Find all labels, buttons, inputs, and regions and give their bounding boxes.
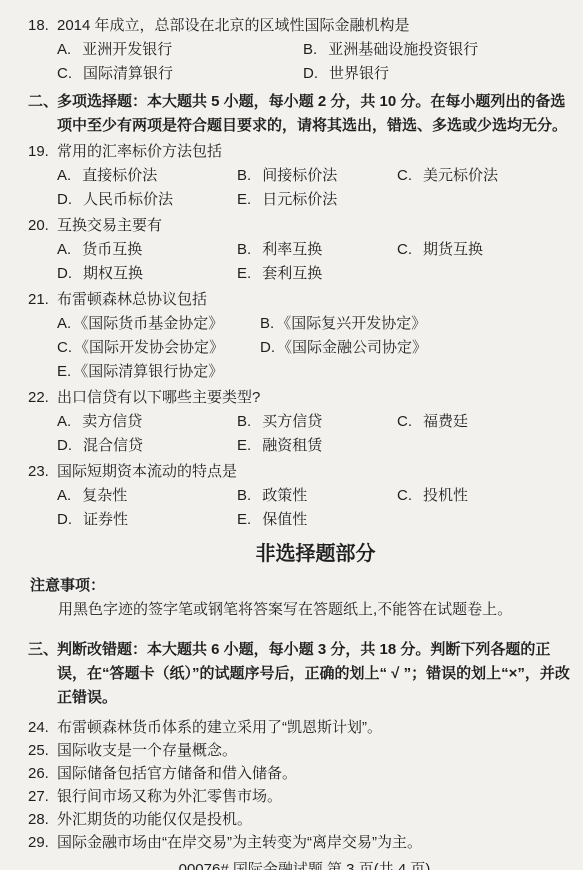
option-21-d: D.《国际金融公司协定》 [260, 336, 573, 360]
option-23-e-text: 保值性 [262, 511, 307, 528]
notice-body: 用黑色字迹的签字笔或钢笔将答案写在答题纸上,不能答在试题卷上。 [0, 598, 583, 622]
option-20-c-text: 期货互换 [423, 241, 483, 258]
option-22-d-label: D. [57, 437, 72, 454]
option-21-a: A.《国际货币基金协定》 [57, 312, 260, 336]
question-22-options-row-1: A.卖方信贷 B.买方信贷 C.福费廷 [0, 410, 583, 434]
question-20-options-row-1: A.货币互换 B.利率互换 C.期货互换 [0, 238, 583, 262]
notice-block: 注意事项： 用黑色字迹的签字笔或钢笔将答案写在答题纸上,不能答在试题卷上。 [0, 574, 583, 622]
option-23-e: E.保值性 [237, 508, 397, 532]
question-20-stem: 互换交易主要有 [57, 217, 162, 234]
page-footer: 00076# 国际金融试题 第 3 页(共 4 页) [0, 862, 583, 870]
option-22-c-text: 福费廷 [423, 413, 468, 430]
option-22-a: A.卖方信贷 [57, 410, 237, 434]
nonchoice-section-heading: 非选择题部分 [0, 540, 583, 568]
option-18-a-text: 亚洲开发银行 [82, 41, 172, 58]
option-18-a: A.亚洲开发银行 [57, 38, 303, 62]
option-19-d-text: 人民币标价法 [83, 191, 173, 208]
option-19-d-label: D. [57, 191, 72, 208]
option-22-e: E.融资租赁 [237, 434, 397, 458]
question-27-number: 27. [28, 785, 49, 808]
option-23-d-label: D. [57, 511, 72, 528]
question-24-text: 布雷顿森林货币体系的建立采用了“凯恩斯计划”。 [57, 719, 382, 736]
option-23-a-label: A. [57, 487, 71, 504]
section-3-heading-line: 三、 判断改错题：本大题共 6 小题，每小题 3 分，共 18 分。判断下列各题… [0, 638, 583, 710]
question-25-text: 国际收支是一个存量概念。 [57, 742, 237, 759]
section-2-label: 二、 [28, 90, 58, 114]
question-19-options-row-1: A.直接标价法 B.间接标价法 C.美元标价法 [0, 164, 583, 188]
option-18-b-text: 亚洲基础设施投资银行 [328, 41, 478, 58]
option-20-a-label: A. [57, 241, 71, 258]
option-18-b: B.亚洲基础设施投资银行 [303, 38, 573, 62]
option-19-a-label: A. [57, 167, 71, 184]
question-23-number: 23. [28, 460, 49, 484]
question-20: 20. 互换交易主要有 A.货币互换 B.利率互换 C.期货互换 D.期权互换 … [0, 214, 583, 286]
question-19: 19. 常用的汇率标价方法包括 A.直接标价法 B.间接标价法 C.美元标价法 … [0, 140, 583, 212]
question-22-options-row-2: D.混合信贷 E.融资租赁 [0, 434, 583, 458]
question-24-number: 24. [28, 716, 49, 739]
option-19-c-label: C. [397, 167, 412, 184]
option-18-b-label: B. [303, 41, 317, 58]
question-18-number: 18. [28, 14, 49, 38]
question-19-options-row-2: D.人民币标价法 E.日元标价法 [0, 188, 583, 212]
option-23-b-text: 政策性 [262, 487, 307, 504]
option-19-e: E.日元标价法 [237, 188, 397, 212]
option-22-b-label: B. [237, 413, 251, 430]
question-19-number: 19. [28, 140, 49, 164]
option-20-e-text: 套利互换 [262, 265, 322, 282]
question-23-options-row-1: A.复杂性 B.政策性 C.投机性 [0, 484, 583, 508]
question-23-options-row-2: D.证券性 E.保值性 [0, 508, 583, 532]
option-23-c: C.投机性 [397, 484, 573, 508]
question-20-options-row-2: D.期权互换 E.套利互换 [0, 262, 583, 286]
option-21-a-label: A. [57, 315, 71, 332]
option-22-c-label: C. [397, 413, 412, 430]
question-22-stem: 出口信贷有以下哪些主要类型? [57, 389, 260, 406]
option-18-d-text: 世界银行 [329, 65, 389, 82]
option-20-a-text: 货币互换 [82, 241, 142, 258]
question-18-options-row-1: A.亚洲开发银行 B.亚洲基础设施投资银行 [0, 38, 583, 62]
option-18-d-label: D. [303, 65, 318, 82]
question-24: 24. 布雷顿森林货币体系的建立采用了“凯恩斯计划”。 [0, 716, 583, 739]
option-22-e-text: 融资租赁 [262, 437, 322, 454]
question-21-options-row-2: C.《国际开发协会协定》 D.《国际金融公司协定》 [0, 336, 583, 360]
option-21-d-label: D. [260, 339, 275, 356]
option-21-b-label: B. [260, 315, 274, 332]
question-18-stem: 2014 年成立，总部设在北京的区域性国际金融机构是 [57, 17, 410, 34]
option-22-b-text: 买方信贷 [262, 413, 322, 430]
notice-title: 注意事项： [0, 574, 583, 598]
question-21: 21. 布雷顿森林总协议包括 A.《国际货币基金协定》 B.《国际复兴开发协定》… [0, 288, 583, 384]
option-20-b: B.利率互换 [237, 238, 397, 262]
question-23-stem-line: 23. 国际短期资本流动的特点是 [0, 460, 583, 484]
section-3-text: 判断改错题：本大题共 6 小题，每小题 3 分，共 18 分。判断下列各题的正误… [57, 641, 570, 706]
question-29-text: 国际金融市场由“在岸交易”为主转变为“离岸交易”为主。 [57, 834, 422, 851]
option-19-b-label: B. [237, 167, 251, 184]
option-23-b: B.政策性 [237, 484, 397, 508]
option-19-b-text: 间接标价法 [262, 167, 337, 184]
question-22: 22. 出口信贷有以下哪些主要类型? A.卖方信贷 B.买方信贷 C.福费廷 D… [0, 386, 583, 458]
option-22-d-text: 混合信贷 [83, 437, 143, 454]
option-18-d: D.世界银行 [303, 62, 573, 86]
question-21-options-row-3: E.《国际清算银行协定》 [0, 360, 583, 384]
option-20-d-text: 期权互换 [83, 265, 143, 282]
question-26: 26. 国际储备包括官方储备和借入储备。 [0, 762, 583, 785]
option-23-a-text: 复杂性 [82, 487, 127, 504]
option-22-d: D.混合信贷 [57, 434, 237, 458]
option-23-c-label: C. [397, 487, 412, 504]
option-18-c-text: 国际清算银行 [83, 65, 173, 82]
question-19-stem: 常用的汇率标价方法包括 [57, 143, 222, 160]
option-22-a-label: A. [57, 413, 71, 430]
question-29: 29. 国际金融市场由“在岸交易”为主转变为“离岸交易”为主。 [0, 831, 583, 854]
option-20-b-text: 利率互换 [262, 241, 322, 258]
option-18-c: C.国际清算银行 [57, 62, 303, 86]
option-19-d: D.人民币标价法 [57, 188, 237, 212]
question-28-number: 28. [28, 808, 49, 831]
option-19-a-text: 直接标价法 [82, 167, 157, 184]
question-21-options-row-1: A.《国际货币基金协定》 B.《国际复兴开发协定》 [0, 312, 583, 336]
option-18-a-label: A. [57, 41, 71, 58]
exam-paper-page: 18. 2014 年成立，总部设在北京的区域性国际金融机构是 A.亚洲开发银行 … [0, 0, 583, 870]
option-21-e-label: E. [57, 363, 71, 380]
question-25: 25. 国际收支是一个存量概念。 [0, 739, 583, 762]
option-23-d-text: 证券性 [83, 511, 128, 528]
option-19-b: B.间接标价法 [237, 164, 397, 188]
option-21-c: C.《国际开发协会协定》 [57, 336, 260, 360]
option-21-c-label: C. [57, 339, 72, 356]
option-21-b-text: 《国际复兴开发协定》 [276, 315, 426, 332]
question-20-number: 20. [28, 214, 49, 238]
section-2-heading-line: 二、 多项选择题：本大题共 5 小题，每小题 2 分，共 10 分。在每小题列出… [0, 90, 583, 138]
question-23-stem: 国际短期资本流动的特点是 [57, 463, 237, 480]
question-27-text: 银行间市场又称为外汇零售市场。 [57, 788, 282, 805]
option-19-e-text: 日元标价法 [262, 191, 337, 208]
option-22-e-label: E. [237, 437, 251, 454]
option-19-e-label: E. [237, 191, 251, 208]
option-23-c-text: 投机性 [423, 487, 468, 504]
question-28-text: 外汇期货的功能仅仅是投机。 [57, 811, 252, 828]
option-21-d-text: 《国际金融公司协定》 [277, 339, 427, 356]
question-27: 27. 银行间市场又称为外汇零售市场。 [0, 785, 583, 808]
option-21-e-text: 《国际清算银行协定》 [73, 363, 223, 380]
option-21-c-text: 《国际开发协会协定》 [74, 339, 224, 356]
option-23-a: A.复杂性 [57, 484, 237, 508]
judgement-questions: 24. 布雷顿森林货币体系的建立采用了“凯恩斯计划”。 25. 国际收支是一个存… [0, 716, 583, 854]
section-2-text: 多项选择题：本大题共 5 小题，每小题 2 分，共 10 分。在每小题列出的备选… [57, 93, 567, 134]
option-21-e: E.《国际清算银行协定》 [57, 360, 260, 384]
question-21-number: 21. [28, 288, 49, 312]
option-19-c: C.美元标价法 [397, 164, 573, 188]
option-19-a: A.直接标价法 [57, 164, 237, 188]
option-21-a-text: 《国际货币基金协定》 [73, 315, 223, 332]
question-28: 28. 外汇期货的功能仅仅是投机。 [0, 808, 583, 831]
section-2-heading: 二、 多项选择题：本大题共 5 小题，每小题 2 分，共 10 分。在每小题列出… [0, 90, 583, 138]
option-20-e: E.套利互换 [237, 262, 397, 286]
question-26-number: 26. [28, 762, 49, 785]
question-25-number: 25. [28, 739, 49, 762]
option-23-e-label: E. [237, 511, 251, 528]
option-20-c: C.期货互换 [397, 238, 573, 262]
question-19-stem-line: 19. 常用的汇率标价方法包括 [0, 140, 583, 164]
option-20-d: D.期权互换 [57, 262, 237, 286]
option-20-c-label: C. [397, 241, 412, 258]
option-23-b-label: B. [237, 487, 251, 504]
section-3-label: 三、 [28, 638, 58, 662]
question-22-number: 22. [28, 386, 49, 410]
option-23-d: D.证券性 [57, 508, 237, 532]
question-26-text: 国际储备包括官方储备和借入储备。 [57, 765, 297, 782]
question-29-number: 29. [28, 831, 49, 854]
option-20-a: A.货币互换 [57, 238, 237, 262]
question-20-stem-line: 20. 互换交易主要有 [0, 214, 583, 238]
section-3-heading: 三、 判断改错题：本大题共 6 小题，每小题 3 分，共 18 分。判断下列各题… [0, 638, 583, 710]
option-22-b: B.买方信贷 [237, 410, 397, 434]
option-22-c: C.福费廷 [397, 410, 573, 434]
question-21-stem-line: 21. 布雷顿森林总协议包括 [0, 288, 583, 312]
option-20-b-label: B. [237, 241, 251, 258]
question-21-stem: 布雷顿森林总协议包括 [57, 291, 207, 308]
question-18-stem-line: 18. 2014 年成立，总部设在北京的区域性国际金融机构是 [0, 14, 583, 38]
option-22-a-text: 卖方信贷 [82, 413, 142, 430]
question-18: 18. 2014 年成立，总部设在北京的区域性国际金融机构是 A.亚洲开发银行 … [0, 14, 583, 86]
question-18-options-row-2: C.国际清算银行 D.世界银行 [0, 62, 583, 86]
option-20-d-label: D. [57, 265, 72, 282]
option-18-c-label: C. [57, 65, 72, 82]
option-19-c-text: 美元标价法 [423, 167, 498, 184]
question-22-stem-line: 22. 出口信贷有以下哪些主要类型? [0, 386, 583, 410]
option-20-e-label: E. [237, 265, 251, 282]
option-21-b: B.《国际复兴开发协定》 [260, 312, 573, 336]
question-23: 23. 国际短期资本流动的特点是 A.复杂性 B.政策性 C.投机性 D.证券性… [0, 460, 583, 532]
